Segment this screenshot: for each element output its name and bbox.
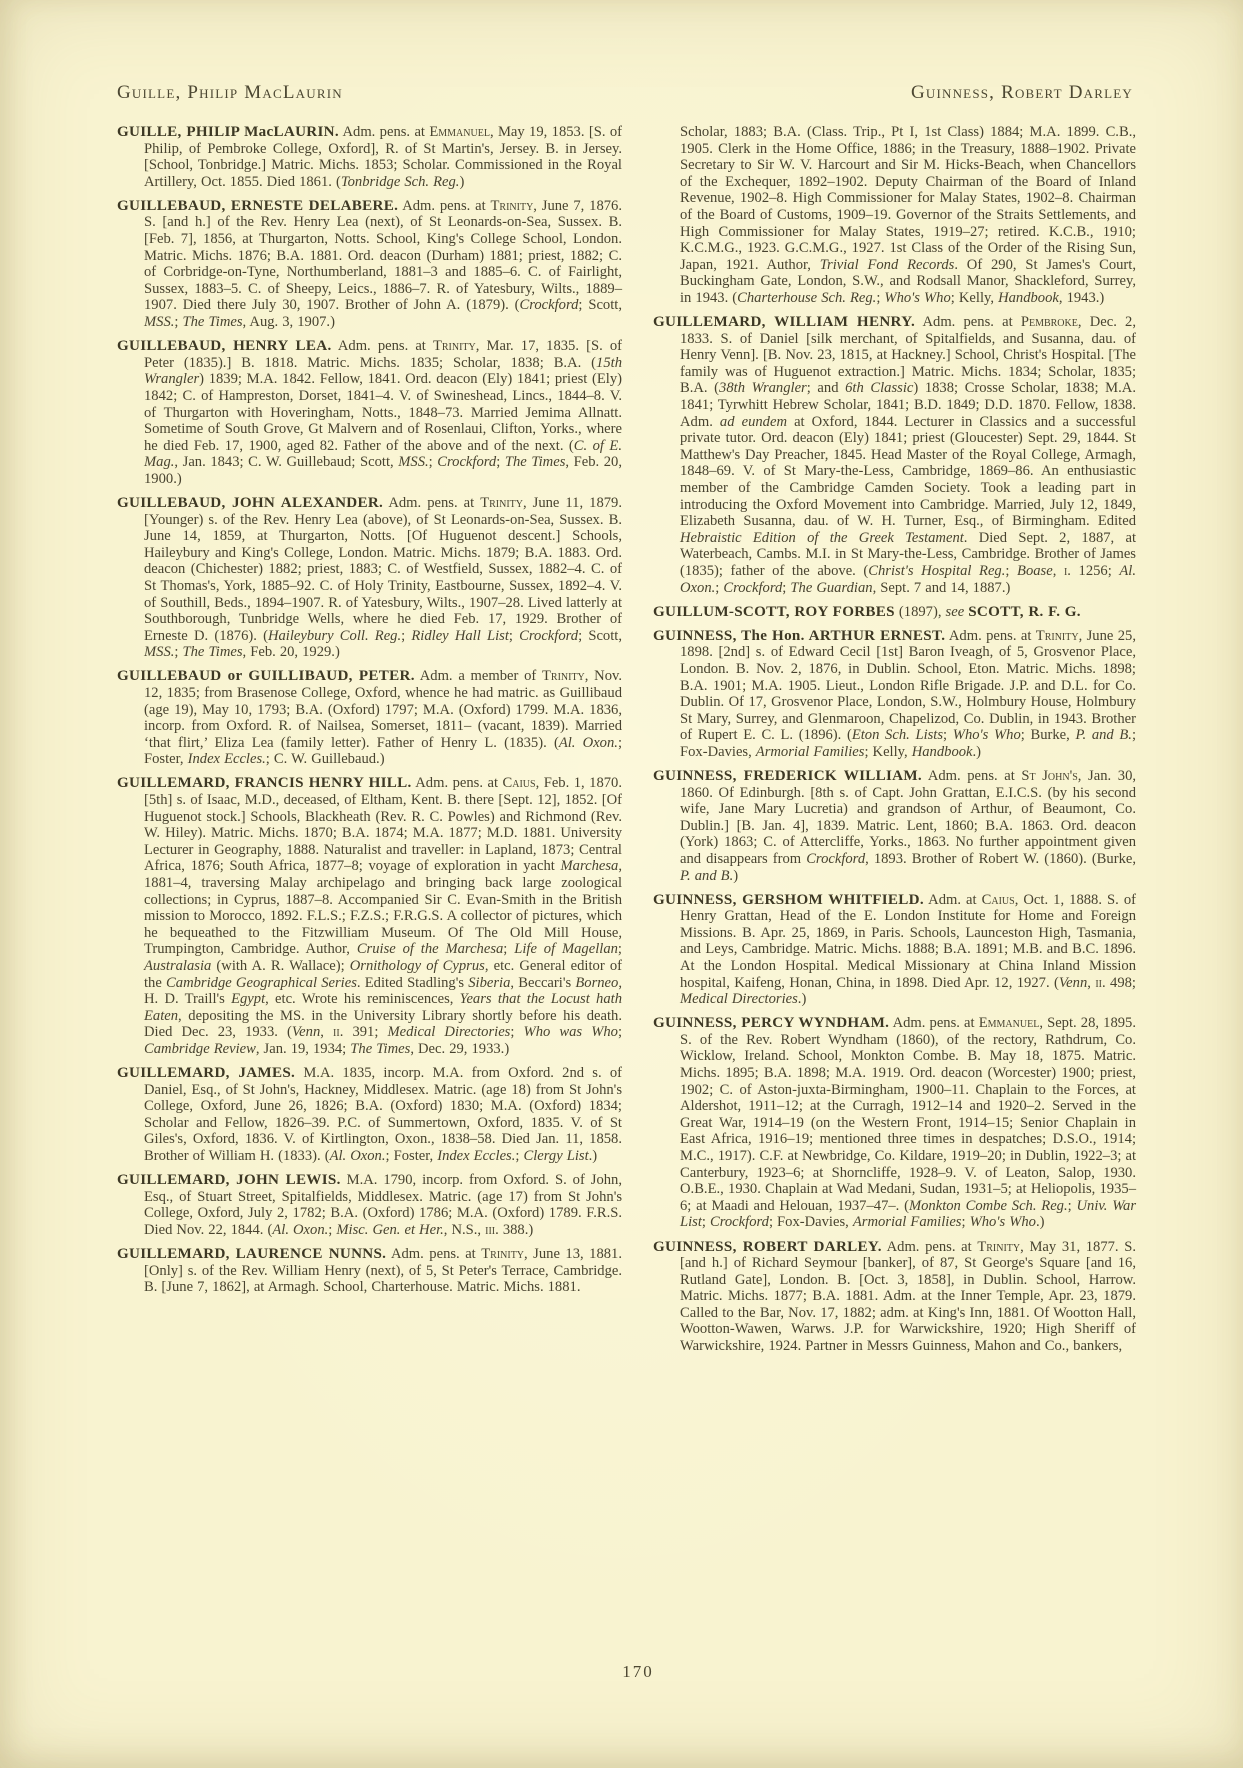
entry-text: (1897), see (895, 604, 968, 620)
entry-name: GUILLEBAUD or GUILLIBAUD, PETER. (117, 668, 415, 684)
running-header: Guille, Philip MacLaurin Guinness, Rober… (117, 82, 1133, 104)
book-page: Guille, Philip MacLaurin Guinness, Rober… (0, 0, 1243, 1768)
entry-text: Adm. pens. at Trinity, Mar. 17, 1835. [S… (144, 338, 622, 487)
entry: GUILLEMARD, LAURENCE NUNNS. Adm. pens. a… (117, 1246, 622, 1296)
entry-name: GUINNESS, GERSHOM WHITFIELD. (653, 892, 924, 908)
entry: GUILLEBAUD, ERNESTE DELABERE. Adm. pens.… (117, 198, 622, 331)
entry: GUILLEMARD, WILLIAM HENRY. Adm. pens. at… (653, 314, 1136, 596)
entry: GUINNESS, The Hon. ARTHUR ERNEST. Adm. p… (653, 628, 1136, 761)
entry-name: GUILLUM-SCOTT, ROY FORBES (653, 604, 895, 620)
entry: GUILLEBAUD, HENRY LEA. Adm. pens. at Tri… (117, 338, 622, 487)
entry-name: GUILLEMARD, FRANCIS HENRY HILL. (117, 775, 412, 791)
entry-name: GUINNESS, FREDERICK WILLIAM. (653, 768, 922, 784)
entry: GUINNESS, FREDERICK WILLIAM. Adm. pens. … (653, 768, 1136, 884)
entry-continuation: Scholar, 1883; B.A. (Class. Trip., Pt I,… (653, 124, 1136, 307)
entry-name: GUINNESS, The Hon. ARTHUR ERNEST. (653, 628, 945, 644)
right-column: Scholar, 1883; B.A. (Class. Trip., Pt I,… (653, 124, 1136, 1362)
entry-text: Adm. at Caius, Oct. 1, 1888. S. of Henry… (680, 892, 1136, 1008)
entry-text: Adm. pens. at Caius, Feb. 1, 1870. [5th]… (144, 775, 622, 1057)
entry: GUILLUM-SCOTT, ROY FORBES (1897), see SC… (653, 604, 1136, 621)
entry: GUILLEMARD, FRANCIS HENRY HILL. Adm. pen… (117, 775, 622, 1057)
running-header-right: Guinness, Robert Darley (911, 82, 1133, 104)
entry-text: Adm. pens. at Trinity, June 25, 1898. [2… (680, 628, 1136, 760)
entry: GUILLEMARD, JAMES. M.A. 1835, incorp. M.… (117, 1065, 622, 1165)
entry: GUILLEMARD, JOHN LEWIS. M.A. 1790, incor… (117, 1172, 622, 1238)
entry-name: GUILLEMARD, WILLIAM HENRY. (653, 314, 915, 330)
entry-name: GUINNESS, PERCY WYNDHAM. (653, 1015, 889, 1031)
entry: GUINNESS, ROBERT DARLEY. Adm. pens. at T… (653, 1239, 1136, 1355)
entry-text: Adm. pens. at Emmanuel, Sept. 28, 1895. … (680, 1015, 1136, 1230)
entry-text: Adm. pens. at St John's, Jan. 30, 1860. … (680, 768, 1136, 884)
entry-name: GUILLEMARD, LAURENCE NUNNS. (117, 1246, 386, 1262)
entry-name: GUINNESS, ROBERT DARLEY. (653, 1239, 882, 1255)
left-column: GUILLE, PHILIP MacLAURIN. Adm. pens. at … (117, 124, 622, 1362)
entry-name: GUILLEBAUD, HENRY LEA. (117, 338, 332, 354)
entry: GUILLEBAUD or GUILLIBAUD, PETER. Adm. a … (117, 668, 622, 768)
entry: GUINNESS, PERCY WYNDHAM. Adm. pens. at E… (653, 1015, 1136, 1231)
running-header-left: Guille, Philip MacLaurin (117, 82, 343, 104)
entry-name: GUILLE, PHILIP MacLAURIN. (117, 124, 339, 140)
entry-name: GUILLEBAUD, JOHN ALEXANDER. (117, 495, 383, 511)
entry: GUILLEBAUD, JOHN ALEXANDER. Adm. pens. a… (117, 495, 622, 661)
entry-name: GUILLEBAUD, ERNESTE DELABERE. (117, 198, 398, 214)
entry-name: GUILLEMARD, JOHN LEWIS. (117, 1172, 341, 1188)
entry-text: Adm. pens. at Trinity, May 31, 1877. S. … (680, 1239, 1136, 1355)
text-columns: GUILLE, PHILIP MacLAURIN. Adm. pens. at … (117, 124, 1136, 1362)
entry-text: Adm. pens. at Pembroke, Dec. 2, 1833. S.… (680, 314, 1136, 596)
page-number: 170 (117, 1662, 1159, 1682)
entry-cross-reference: SCOTT, R. F. G. (968, 604, 1081, 620)
entry-text: Scholar, 1883; B.A. (Class. Trip., Pt I,… (680, 124, 1136, 306)
entry-text: Adm. pens. at Trinity, June 11, 1879. [Y… (144, 495, 622, 660)
entry-name: GUILLEMARD, JAMES. (117, 1065, 295, 1081)
entry: GUILLE, PHILIP MacLAURIN. Adm. pens. at … (117, 124, 622, 190)
entry-text: Adm. pens. at Trinity, June 7, 1876. S. … (144, 198, 622, 330)
entry: GUINNESS, GERSHOM WHITFIELD. Adm. at Cai… (653, 892, 1136, 1008)
